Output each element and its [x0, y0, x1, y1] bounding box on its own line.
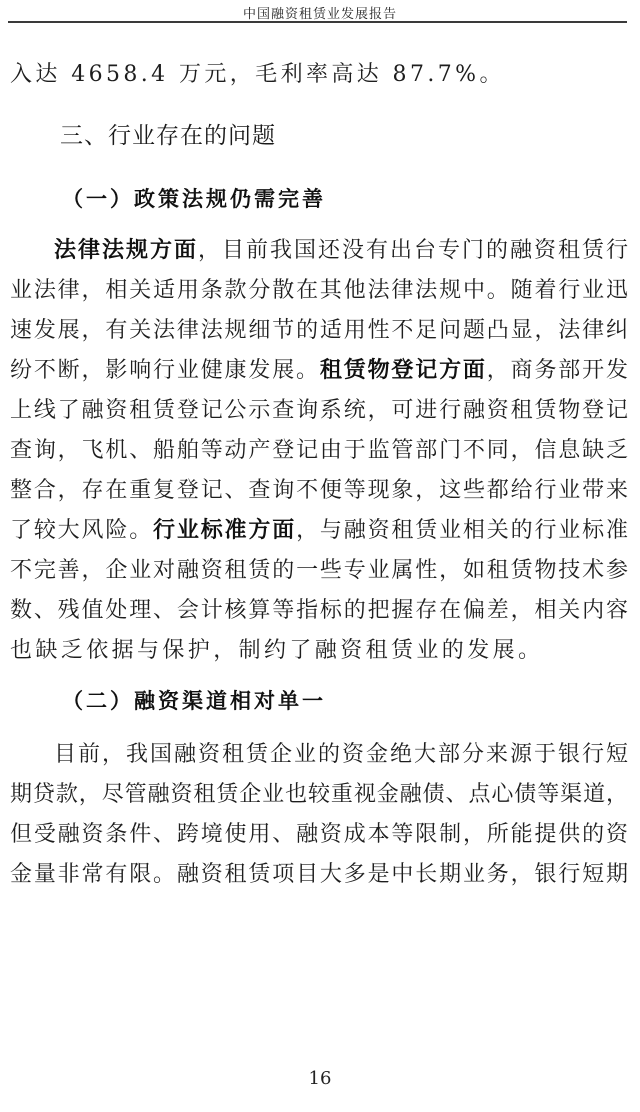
paragraph-line: 查询，飞机、船舶等动产登记由于监管部门不同，信息缺乏 [10, 438, 628, 464]
subsection-heading-1: （一）政策法规仍需完善 [62, 186, 326, 212]
paragraph-line: 金量非常有限。融资租赁项目大多是中长期业务，银行短期 [10, 862, 628, 888]
page-header: 中国融资租赁业发展报告 [0, 0, 640, 24]
bold-topic-legal: 法律法规方面 [54, 238, 198, 263]
header-divider [8, 21, 627, 23]
paragraph-line: 了较大风险。行业标准方面，与融资租赁业相关的行业标准 [10, 518, 628, 544]
paragraph-continuation-line: 入达 4658.4 万元，毛利率高达 87.7%。 [10, 62, 628, 88]
paragraph-line: 期贷款，尽管融资租赁企业也较重视金融债、点心债等渠道， [10, 782, 628, 808]
page-number: 16 [0, 1068, 640, 1089]
paragraph-line: 纷不断，影响行业健康发展。租赁物登记方面，商务部开发 [10, 358, 628, 384]
paragraph-line: 但受融资条件、跨境使用、融资成本等限制，所能提供的资 [10, 822, 628, 848]
paragraph-line: 整合，存在重复登记、查询不便等现象，这些都给行业带来 [10, 478, 628, 504]
running-header-title: 中国融资租赁业发展报告 [0, 3, 640, 22]
paragraph-line: 目前，我国融资租赁企业的资金绝大部分来源于银行短 [54, 742, 628, 768]
paragraph-line: 不完善，企业对融资租赁的一些专业属性，如租赁物技术参 [10, 558, 628, 584]
paragraph-line: 数、残值处理、会计核算等指标的把握存在偏差，相关内容 [10, 598, 628, 624]
bold-topic-standards: 行业标准方面 [153, 518, 296, 543]
paragraph-line: 上线了融资租赁登记公示查询系统，可进行融资租赁物登记 [10, 398, 628, 424]
section-heading: 三、行业存在的问题 [60, 122, 276, 150]
bold-topic-registration: 租赁物登记方面 [320, 358, 487, 383]
paragraph-line: 业法律，相关适用条款分散在其他法律法规中。随着行业迅 [10, 278, 628, 304]
paragraph-line: 也缺乏依据与保护，制约了融资租赁业的发展。 [10, 638, 628, 664]
paragraph-line: 速发展，有关法律法规细节的适用性不足问题凸显，法律纠 [10, 318, 628, 344]
subsection-heading-2: （二）融资渠道相对单一 [62, 688, 326, 714]
paragraph-line: 法律法规方面，目前我国还没有出台专门的融资租赁行 [54, 238, 628, 264]
